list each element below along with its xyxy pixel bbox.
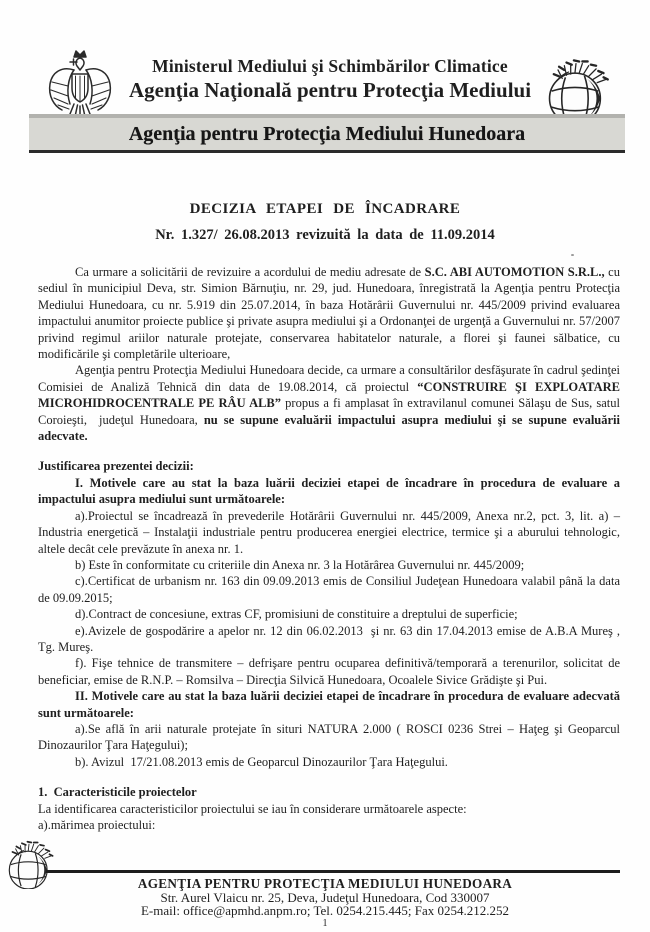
list-item-f: f). Fişe tehnice de transmitere – defriş… — [38, 655, 620, 688]
list-item-e: e).Avizele de gospodărire a apelor nr. 1… — [38, 623, 620, 656]
list-item-b: b) Este în conformitate cu criteriile di… — [38, 557, 620, 573]
document-number: Nr. 1.327/ 26.08.2013 revizuită la data … — [0, 227, 650, 244]
justification-heading: Justificarea prezentei decizii: — [38, 458, 620, 474]
paragraph-text: Ca urmare a solicitării de revizuire a a… — [75, 265, 425, 279]
scan-artifact — [571, 254, 574, 256]
letterhead: Ministerul Mediului şi Schimbărilor Clim… — [110, 56, 550, 103]
document-title: DECIZIA ETAPEI DE ÎNCADRARE — [0, 201, 650, 218]
footer-address: Str. Aurel Vlaicu nr. 25, Deva, Judeţul … — [0, 891, 650, 905]
list-item-2b: b). Avizul 17/21.08.2013 emis de Geoparc… — [38, 754, 620, 770]
ministry-title: Ministerul Mediului şi Schimbărilor Clim… — [110, 56, 550, 77]
section1-heading: I. Motivele care au stat la baza luării … — [38, 475, 620, 508]
paragraph-text: cu sediul în municipiul Deva, str. Simio… — [38, 265, 623, 361]
romanian-coat-of-arms-icon — [44, 48, 116, 122]
footer-contact: E-mail: office@apmhd.anpm.ro; Tel. 0254.… — [0, 904, 650, 918]
spacer — [38, 770, 620, 784]
list-item-d: d).Contract de concesiune, extras CF, pr… — [38, 606, 620, 622]
list-item-a: a).Proiectul se încadrează în prevederil… — [38, 508, 620, 557]
company-name: S.C. ABI AUTOMOTION S.R.L., — [425, 265, 605, 279]
paragraph-decision: Agenţia pentru Protecţia Mediului Hunedo… — [38, 362, 620, 444]
list-item-c: c).Certificat de urbanism nr. 163 din 09… — [38, 573, 620, 606]
document-body: Ca urmare a solicitării de revizuire a a… — [38, 264, 620, 833]
footer-agency-name: AGENŢIA PENTRU PROTECŢIA MEDIULUI HUNEDO… — [0, 877, 650, 891]
paragraph-request: Ca urmare a solicitării de revizuire a a… — [38, 264, 620, 362]
characteristics-item-a: a).mărimea proiectului: — [38, 817, 620, 833]
characteristics-intro: La identificarea caracteristicilor proie… — [38, 801, 620, 817]
agency-title: Agenţia Naţională pentru Protecţia Mediu… — [110, 78, 550, 103]
banner-regional-agency: Agenţia pentru Protecţia Mediului Hunedo… — [29, 114, 625, 153]
section2-heading: II. Motivele care au stat la baza luării… — [38, 688, 620, 721]
document-page: Ministerul Mediului şi Schimbărilor Clim… — [0, 0, 650, 932]
spacer — [38, 444, 620, 458]
footer-rule — [46, 870, 620, 873]
page-number: 1 — [0, 918, 650, 929]
footer: AGENŢIA PENTRU PROTECŢIA MEDIULUI HUNEDO… — [0, 877, 650, 918]
list-item-2a: a).Se află în arii naturale protejate în… — [38, 721, 620, 754]
characteristics-heading: 1. Caracteristicile proiectelor — [38, 784, 620, 800]
